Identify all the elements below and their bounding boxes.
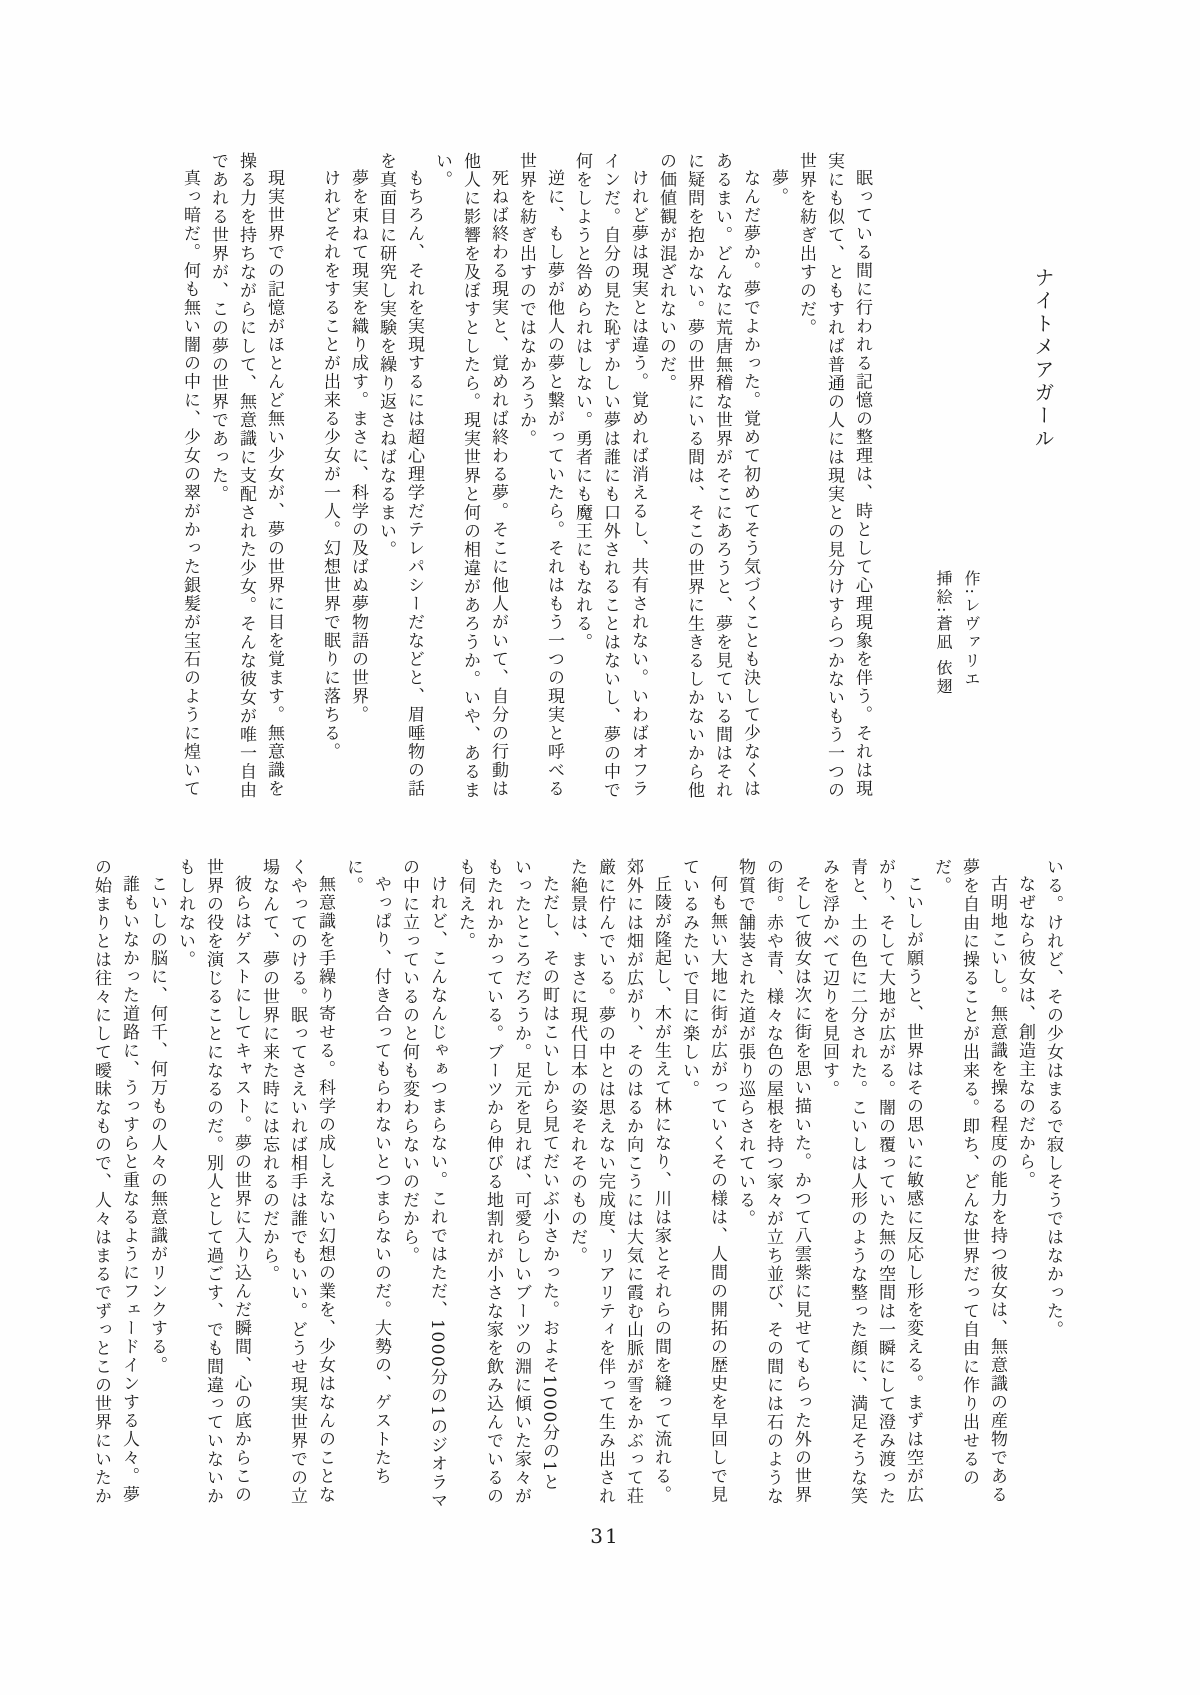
paragraph: なぜなら彼女は、創造主なのだから。 [1011,858,1039,1512]
paragraph: 夢を束ねて現実を織り成す。まさに、科学の及ばぬ夢物語の世界。 [344,152,372,804]
paragraph: 彼らはゲストにしてキャスト。夢の世界に入り込んだ瞬間、心の底からこの世界の役を演… [171,858,255,1512]
paragraph: なんだ夢か。夢でよかった。覚めて初めてそう気づくことも決して少なくはあるまい。ど… [652,152,764,804]
credit-author: 作:レヴァリエ [957,570,985,696]
paragraph: こいしが願うと、世界はその思いに敏感に反応し形を変える。まずは空が広がり、そして… [815,858,927,1512]
paragraph: けれどそれをすることが出来る少女が一人。幻想世界で眠りに落ちる。 [316,152,344,804]
paragraph: けれど、こんなんじゃぁつまらない。これではただ、1000分の1のジオラマの中に立… [395,858,451,1512]
credit-illustrator: 挿絵:蒼凪 依翅 [929,570,957,696]
document-page: { "title": "ナイトメアガール", "credits": { "aut… [0,0,1200,1695]
paragraph: 眠っている間に行われる記憶の整理は、時として心理現象を伴う。それは現実にも似て、… [792,152,876,804]
paragraph: けれど夢は現実とは違う。覚めれば消えるし、共有されない。いわばオフラインだ。自分… [568,152,652,804]
paragraph: 古明地こいし。無意識を操る程度の能力を持つ彼女は、無意識の産物である夢を自由に操… [927,858,1011,1512]
paragraph: 真っ暗だ。何も無い闇の中に、少女の翠がかった銀髪が宝石のように煌いて [176,152,204,804]
paragraph: ただし、その町はこいしから見てだいぶ小さかった。およそ1000分の1といったとこ… [451,858,563,1512]
bottom-text-block: いる。けれど、その少女はまるで寂しそうではなかった。 なぜなら彼女は、創造主なの… [87,858,1067,1512]
paragraph: 無意識を手繰り寄せる。科学の成しえない幻想の業を、少女はなんのことなくやってのけ… [255,858,339,1512]
paragraph: 死ねば終わる現実と、覚めれば終わる夢。そこに他人がいて、自分の行動は他人に影響を… [428,152,512,804]
page-number: 31 [143,1524,1067,1548]
paragraph: 逆に、もし夢が他人の夢と繋がっていたら。それはもう一つの現実と呼べる世界を紡ぎ出… [512,152,568,804]
page-title: ナイトメアガール [1029,267,1058,451]
paragraph: やっぱり、付き合ってもらわないとつまらないのだ。大勢の、ゲストたちに。 [339,858,395,1512]
paragraph: 誰もいなかった道路に、うっすらと重なるようにフェードインする人々。夢の始まりとは… [87,858,143,1512]
paragraph: 丘陵が隆起し、木が生えて林になり、川は家とそれらの間を縫って流れる。郊外には畑が… [563,858,675,1512]
top-text-block: 眠っている間に行われる記憶の整理は、時として心理現象を伴う。それは現実にも似て、… [176,152,876,804]
paragraph: 現実世界での記憶がほとんど無い少女が、夢の世界に目を覚ます。無意識を操る力を持ち… [204,152,288,804]
paragraph: こいしの脳に、何千、何万もの人々の無意識がリンクする。 [143,858,171,1512]
paragraph: 夢。 [764,152,792,804]
paragraph: いる。けれど、その少女はまるで寂しそうではなかった。 [1039,858,1067,1512]
paragraph: そして彼女は次に街を思い描いた。かつて八雲紫に見せてもらった外の世界の街。赤や青… [731,858,815,1512]
paragraph: 何も無い大地に街が広がっていくその様は、人間の開拓の歴史を早回しで見ているみたい… [675,858,731,1512]
credits: 作:レヴァリエ 挿絵:蒼凪 依翅 [929,570,985,696]
paragraph: もちろん、それを実現するには超心理学だテレパシーだなどと、眉唾物の話を真面目に研… [372,152,428,804]
